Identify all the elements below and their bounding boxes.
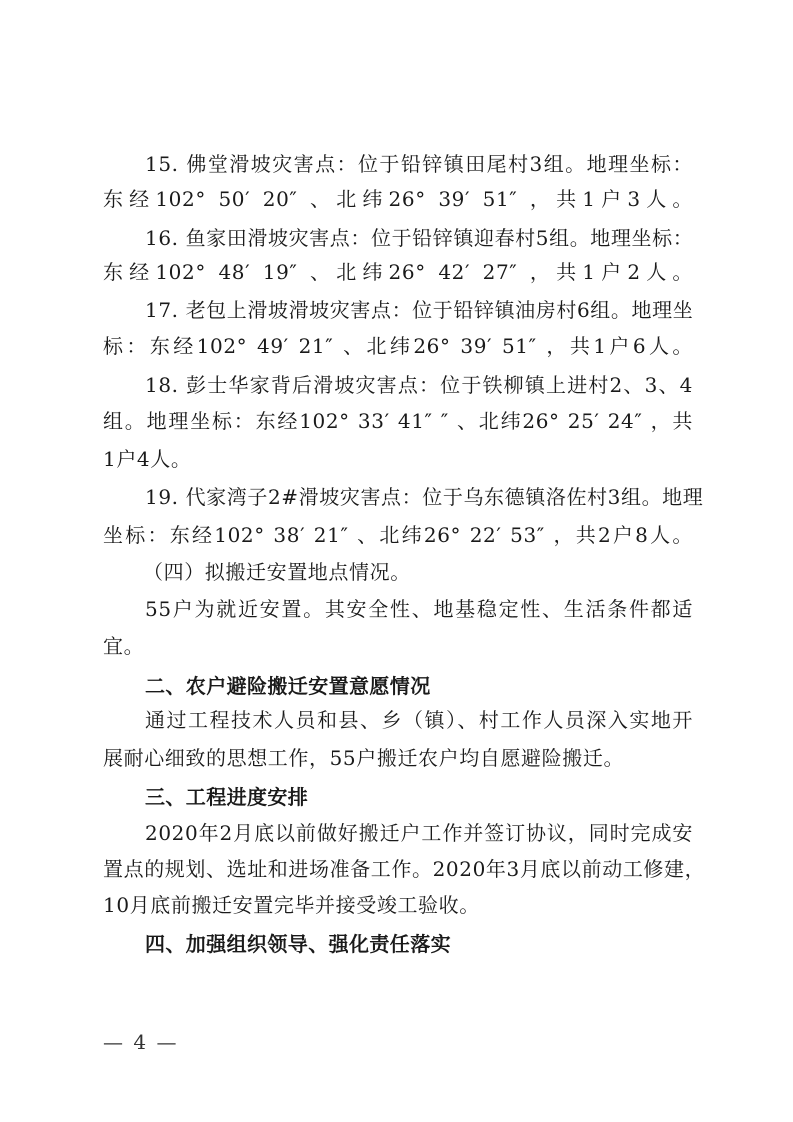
item-19-line-2: 坐标：东经102° 38′ 21″ 、北纬26° 22′ 53″ ，共2户8人。: [103, 517, 693, 554]
subsection-4-para-line-1: 55户为就近安置。其安全性、地基稳定性、生活条件都适: [103, 591, 693, 628]
section-3-para-line-1: 2020年2月底以前做好搬迁户工作并签订协议，同时完成安: [103, 815, 693, 852]
subsection-4-para-line-2: 宜。: [103, 628, 693, 665]
item-18-line-3: 1户4人。: [103, 441, 693, 478]
section-3-para-line-3: 10月底前搬迁安置完毕并接受竣工验收。: [103, 887, 693, 924]
subsection-4-title: （四）拟搬迁安置地点情况。: [103, 554, 693, 591]
item-19-line-1: 19. 代家湾子2#滑坡灾害点：位于乌东德镇洛佐村3组。地理: [103, 479, 693, 516]
item-16-line-2: 东经102° 48′ 19″ 、北纬26° 42′ 27″ ，共1户2人。: [103, 254, 693, 291]
item-17-line-2: 标：东经102° 49′ 21″ 、北纬26° 39′ 51″ ，共1户6人。: [103, 328, 693, 365]
section-2-para-line-1: 通过工程技术人员和县、乡（镇）、村工作人员深入实地开: [103, 702, 693, 739]
item-17-line-1: 17. 老包上滑坡滑坡灾害点：位于铅锌镇油房村6组。地理坐: [103, 292, 693, 329]
section-4-heading: 四、加强组织领导、强化责任落实: [103, 926, 735, 963]
section-3-para-line-2: 置点的规划、选址和进场准备工作。2020年3月底以前动工修建，: [103, 851, 693, 888]
item-18-line-2: 组。地理坐标：东经102° 33′ 41″ ″ 、北纬26° 25′ 24″ ，…: [103, 403, 693, 440]
section-2-heading: 二、农户避险搬迁安置意愿情况: [103, 668, 735, 705]
item-16-line-1: 16. 鱼家田滑坡灾害点：位于铅锌镇迎春村5组。地理坐标：: [103, 220, 693, 257]
section-3-heading: 三、工程进度安排: [103, 779, 735, 816]
item-18-line-1: 18. 彭士华家背后滑坡灾害点：位于铁柳镇上进村2、3、4: [103, 367, 693, 404]
item-15-line-2: 东经102° 50′ 20″ 、北纬26° 39′ 51″ ，共1户3人。: [103, 181, 693, 218]
page-number: — 4 —: [103, 1030, 178, 1054]
section-2-para-line-2: 展耐心细致的思想工作，55户搬迁农户均自愿避险搬迁。: [103, 740, 693, 777]
item-15-line-1: 15. 佛堂滑坡灾害点：位于铅锌镇田尾村3组。地理坐标：: [103, 146, 693, 183]
